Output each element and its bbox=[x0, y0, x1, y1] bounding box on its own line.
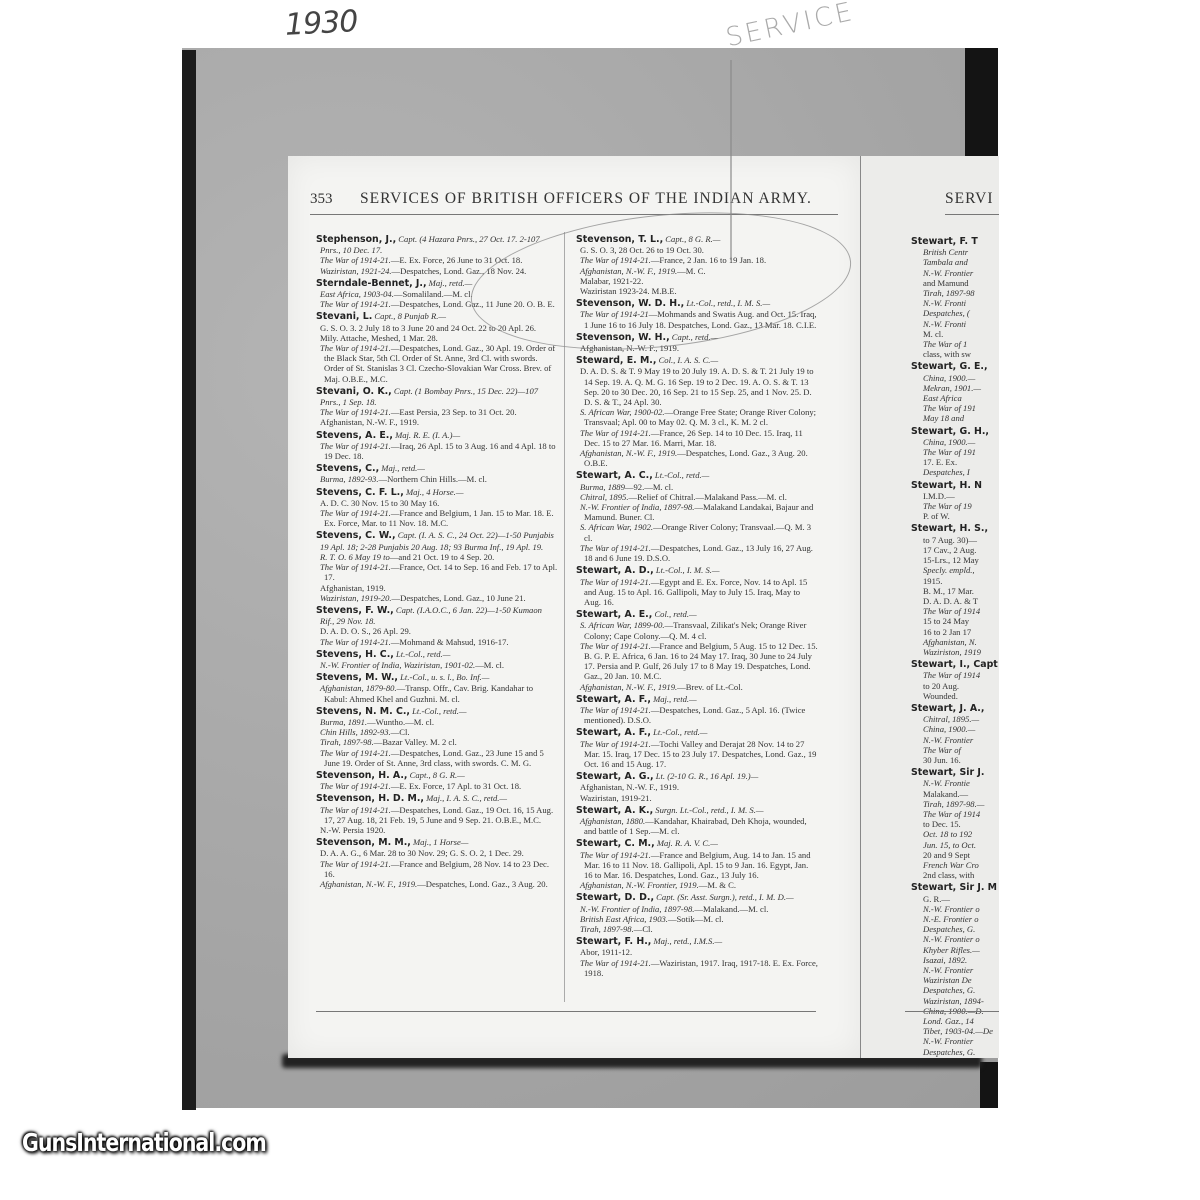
officer-entry: Stewart, A. K., Surgn. Lt.-Col., retd., … bbox=[570, 805, 818, 837]
entry-heading: Stevenson, M. M., Maj., 1 Horse— bbox=[310, 837, 558, 848]
next-page-line: G. R.— bbox=[911, 894, 999, 904]
book-edge-right bbox=[965, 48, 998, 156]
entry-heading: Stewart, D. D., Capt. (Sr. Asst. Surgn.)… bbox=[570, 892, 818, 903]
next-page-line: Stewart, I., Capt bbox=[911, 660, 999, 670]
entry-heading: Stevenson, H. A., Capt., 8 G. R.— bbox=[310, 770, 558, 781]
next-page-line: N.-W. Frontier bbox=[911, 965, 999, 975]
officer-entry: Stewart, A. F., Lt.-Col., retd.—The War … bbox=[570, 727, 818, 769]
officer-entry: Stevens, C. W., Capt. (I. A. S. C., 24 O… bbox=[310, 530, 558, 602]
next-page-line: Stewart, F. T bbox=[911, 237, 999, 247]
next-page-line: 1915. bbox=[911, 576, 999, 586]
officer-rank: Maj. R. E. (I. A.)— bbox=[393, 430, 460, 440]
watermark-logo: GunsInternational.com bbox=[22, 1128, 266, 1157]
service-record-line: Afghanistan, N.-W. F., 1919. bbox=[570, 782, 818, 792]
entry-heading: Stevens, M. W., Lt.-Col., u. s. l., Bo. … bbox=[310, 672, 558, 683]
entry-heading: Stewart, A. G., Lt. (2-10 G. R., 16 Apl.… bbox=[570, 771, 818, 782]
next-page-line: Tirah, 1897-98 bbox=[911, 288, 999, 298]
officer-entry: Stevens, C. F. L., Maj., 4 Horse.—A. D. … bbox=[310, 487, 558, 529]
officer-rank: Maj., retd.— bbox=[427, 278, 473, 288]
next-page-line: China, 1900.— bbox=[911, 724, 999, 734]
next-page-line: to 7 Aug. 30)— bbox=[911, 535, 999, 545]
service-record-line: The War of 1914-21.—Tochi Valley and Der… bbox=[570, 739, 818, 770]
officer-entry: Stewart, C. M., Maj. R. A. V. C.—The War… bbox=[570, 838, 818, 890]
service-record-line: S. African War, 1899-00.—Transvaal, Zili… bbox=[570, 620, 818, 640]
service-record-line: Burma, 1891.—Wuntho.—M. cl. bbox=[310, 717, 558, 727]
next-page-line: 15 to 24 May bbox=[911, 616, 999, 626]
officer-name: Stewart, A. C., bbox=[576, 470, 653, 481]
service-record-line: Abor, 1911-12. bbox=[570, 947, 818, 957]
officer-name: Stevani, O. K., bbox=[316, 386, 392, 397]
service-record-line: The War of 1914-21.—Mohmand & Mahsud, 19… bbox=[310, 637, 558, 647]
next-page-line: Stewart, Sir J. bbox=[911, 768, 999, 778]
officer-entry: Steward, E. M., Col., I. A. S. C.—D. A. … bbox=[570, 355, 818, 468]
officer-entry: Stevenson, M. M., Maj., 1 Horse—D. A. A.… bbox=[310, 837, 558, 889]
entry-heading: Stewart, A. F., Maj., retd.— bbox=[570, 694, 818, 705]
officer-rank: Lt.-Col., u. s. l., Bo. Inf.— bbox=[398, 672, 489, 682]
service-record-line: Afghanistan, 1879-80.—Transp. Offr., Cav… bbox=[310, 683, 558, 703]
next-page-line: Chitral, 1895.— bbox=[911, 714, 999, 724]
service-record-line: Burma, 1892-93.—Northern Chin Hills.—M. … bbox=[310, 474, 558, 484]
service-record-line: D. A. D. S. & T. 9 May 19 to 20 July 19.… bbox=[570, 366, 818, 407]
officer-entry: Stewart, A. E., Col., retd.—S. African W… bbox=[570, 609, 818, 692]
service-record-line: The War of 1914-21.—E. Ex. Force, 17 Apl… bbox=[310, 781, 558, 791]
next-page-line: 20 and 9 Sept bbox=[911, 850, 999, 860]
officer-entry: Stevens, M. W., Lt.-Col., u. s. l., Bo. … bbox=[310, 672, 558, 704]
service-record-line: The War of 1914-21.—Despatches, Lond. Ga… bbox=[310, 343, 558, 384]
officer-name: Stewart, A. G., bbox=[576, 771, 654, 782]
service-record-line: D. A. D. O. S., 26 Apl. 29. bbox=[310, 626, 558, 636]
next-page-line: Despatches, G. bbox=[911, 985, 999, 995]
entry-heading: Stevens, H. C., Lt.-Col., retd.— bbox=[310, 649, 558, 660]
officer-name: Stephenson, J., bbox=[316, 234, 396, 245]
next-page-line: 15-Lrs., 12 May bbox=[911, 555, 999, 565]
next-page-line: Mekran, 1901.— bbox=[911, 383, 999, 393]
entry-heading: Stevens, F. W., Capt. (I.A.O.C., 6 Jan. … bbox=[310, 605, 558, 626]
next-page-line: Lond. Gaz., 14 bbox=[911, 1016, 999, 1026]
next-page-line: Stewart, Sir J. M bbox=[911, 883, 999, 893]
officer-rank: Maj. R. A. V. C.— bbox=[655, 838, 718, 848]
next-page-line: The War of 1914 bbox=[911, 809, 999, 819]
officer-name: Stewart, A. D., bbox=[576, 565, 654, 576]
book-edge-left bbox=[182, 50, 196, 1110]
entry-heading: Stewart, A. K., Surgn. Lt.-Col., retd., … bbox=[570, 805, 818, 816]
next-page-line: The War of 1914 bbox=[911, 606, 999, 616]
service-record-line: British East Africa, 1903.—Sotik—M. cl. bbox=[570, 914, 818, 924]
footer-rule bbox=[316, 1011, 816, 1012]
running-title: SERVICES OF BRITISH OFFICERS OF THE INDI… bbox=[360, 190, 812, 208]
officer-rank: Lt.-Col., retd.— bbox=[651, 727, 708, 737]
officer-name: Stewart, A. F., bbox=[576, 727, 651, 738]
service-record-line: The War of 1914-21.—Despatches, Lond. Ga… bbox=[310, 805, 558, 825]
officer-rank: Lt.-Col., I. M. S.— bbox=[654, 565, 720, 575]
officer-name: Stevens, C. W., bbox=[316, 530, 396, 541]
entry-heading: Stevens, C. W., Capt. (I. A. S. C., 24 O… bbox=[310, 530, 558, 551]
next-page-line: Specly. empld., bbox=[911, 565, 999, 575]
next-page-line: Khyber Rifles.— bbox=[911, 945, 999, 955]
entry-heading: Stewart, A. C., Lt.-Col., retd.— bbox=[570, 470, 818, 481]
next-page-line: N.-W. Frontier o bbox=[911, 904, 999, 914]
officer-name: Stevens, A. E., bbox=[316, 430, 393, 441]
next-page-line: and Mamund bbox=[911, 278, 999, 288]
officer-entry: Stevens, C., Maj., retd.—Burma, 1892-93.… bbox=[310, 463, 558, 484]
service-record-line: D. A. A. G., 6 Mar. 28 to 30 Nov. 29; G.… bbox=[310, 848, 558, 858]
officer-entry: Stevenson, H. A., Capt., 8 G. R.—The War… bbox=[310, 770, 558, 791]
service-record-line: The War of 1914-21.—Iraq, 26 Apl. 15 to … bbox=[310, 441, 558, 461]
next-page-line: Malakand.— bbox=[911, 789, 999, 799]
next-page-line: Stewart, H. S., bbox=[911, 524, 999, 534]
next-page-line: Tibet, 1903-04.—De bbox=[911, 1026, 999, 1036]
service-record-line: Waziristan, 1919-20.—Despatches, Lond. G… bbox=[310, 593, 558, 603]
officer-entry: Stewart, F. H., Maj., retd., I.M.S.—Abor… bbox=[570, 936, 818, 978]
next-page-line: 17. E. Ex. bbox=[911, 457, 999, 467]
next-page-footer-rule bbox=[905, 1011, 999, 1012]
service-record-line: The War of 1914-21.—Waziristan, 1917. Ir… bbox=[570, 958, 818, 978]
next-page-line: B. M., 17 Mar. bbox=[911, 586, 999, 596]
next-page-line: class, with sw bbox=[911, 349, 999, 359]
next-page-line: Stewart, J. A., bbox=[911, 704, 999, 714]
entry-heading: Stewart, A. D., Lt.-Col., I. M. S.— bbox=[570, 565, 818, 576]
next-page-line: British Centr bbox=[911, 247, 999, 257]
next-page-line: Waziriston, 1919 bbox=[911, 647, 999, 657]
officer-name: Stewart, C. M., bbox=[576, 838, 655, 849]
officer-rank: Capt. (Sr. Asst. Surgn.), retd., I. M. D… bbox=[654, 892, 794, 902]
service-record-line: Burma, 1889—92.—M. cl. bbox=[570, 482, 818, 492]
next-page-line: Isazai, 1892. bbox=[911, 955, 999, 965]
service-record-line: The War of 1914-21.—East Persia, 23 Sep.… bbox=[310, 407, 558, 417]
service-record-line: The War of 1914-21.—France and Belgium, … bbox=[570, 850, 818, 881]
entry-heading: Stevens, C. F. L., Maj., 4 Horse.— bbox=[310, 487, 558, 498]
next-page-line: Despatches, I bbox=[911, 467, 999, 477]
service-record-line: R. T. O. 6 May 19 to—and 21 Oct. 19 to 4… bbox=[310, 552, 558, 562]
service-record-line: N.-W. Frontier of India, 1897-98.—Malaka… bbox=[570, 502, 818, 522]
next-page-line: N.-W. Frontier bbox=[911, 268, 999, 278]
service-record-line: S. African War, 1902.—Orange River Colon… bbox=[570, 522, 818, 542]
officer-rank: Maj., retd., I.M.S.— bbox=[651, 936, 722, 946]
next-page-line: N.-W. Frontie bbox=[911, 778, 999, 788]
service-record-line: Afghanistan, N.-W. F., 1919.—Despatches,… bbox=[570, 448, 818, 468]
next-page-running-title: SERVI bbox=[945, 190, 994, 208]
service-record-line: Tirah, 1897-98.—Cl. bbox=[570, 924, 818, 934]
officer-name: Stevenson, M. M., bbox=[316, 837, 411, 848]
next-page-line: N.-W. Frontier bbox=[911, 735, 999, 745]
officer-rank: Maj., I. A. S. C., retd.— bbox=[424, 793, 507, 803]
officer-rank: Lt.-Col., retd.— bbox=[653, 470, 710, 480]
next-page-line: M. cl. bbox=[911, 329, 999, 339]
next-page-line: East Africa bbox=[911, 393, 999, 403]
officer-rank: Col., I. A. S. C.— bbox=[656, 355, 718, 365]
officer-name: Steward, E. M., bbox=[576, 355, 656, 366]
service-record-line: The War of 1914-21.—France, Oct. 14 to S… bbox=[310, 562, 558, 582]
officer-name: Stewart, D. D., bbox=[576, 892, 654, 903]
officer-rank: Surgn. Lt.-Col., retd., I. M. S.— bbox=[653, 805, 763, 815]
next-page-line: French War Cro bbox=[911, 860, 999, 870]
next-page-line: Wounded. bbox=[911, 691, 999, 701]
next-page-line: P. of W. bbox=[911, 511, 999, 521]
service-record-line: Tirah, 1897-98.—Bazar Valley. M. 2 cl. bbox=[310, 737, 558, 747]
officer-rank: Maj., 1 Horse— bbox=[411, 837, 469, 847]
officer-rank: Lt.-Col., retd.— bbox=[394, 649, 451, 659]
next-page-line: Tirah, 1897-98.— bbox=[911, 799, 999, 809]
officer-entry: Stevens, N. M. C., Lt.-Col., retd.—Burma… bbox=[310, 706, 558, 768]
officer-name: Stewart, A. E., bbox=[576, 609, 652, 620]
next-page-line: May 18 and bbox=[911, 413, 999, 423]
service-record-line: Afghanistan, N.-W. Frontier, 1919.—M. & … bbox=[570, 880, 818, 890]
entry-heading: Stevenson, H. D. M., Maj., I. A. S. C., … bbox=[310, 793, 558, 804]
service-record-line: Afghanistan, N.-W. F., 1919.—Despatches,… bbox=[310, 879, 558, 889]
officer-name: Sterndale-Bennet, J., bbox=[316, 278, 427, 289]
next-page-line: Despatches, ( bbox=[911, 308, 999, 318]
next-page-line: N.-W. Fronti bbox=[911, 298, 999, 308]
next-page-line: to Dec. 15. bbox=[911, 819, 999, 829]
next-page-line: Stewart, G. E., bbox=[911, 362, 999, 372]
next-page-line: 16 to 2 Jan 17 bbox=[911, 627, 999, 637]
service-record-line: Waziristan, 1919-21. bbox=[570, 793, 818, 803]
next-page-line: Jun. 15, to Oct. bbox=[911, 840, 999, 850]
handwritten-service-note: SERVICE bbox=[723, 0, 857, 53]
entry-heading: Steward, E. M., Col., I. A. S. C.— bbox=[570, 355, 818, 366]
officer-rank: Lt.-Col., retd.— bbox=[410, 706, 467, 716]
officer-entry: Stevens, F. W., Capt. (I.A.O.C., 6 Jan. … bbox=[310, 605, 558, 647]
page-number: 353 bbox=[310, 191, 360, 208]
officer-rank: Maj., 4 Horse.— bbox=[404, 487, 464, 497]
service-record-line: The War of 1914-21.—Despatches, Lond. Ga… bbox=[310, 748, 558, 768]
next-page-line: The War of 191 bbox=[911, 447, 999, 457]
officer-name: Stevens, N. M. C., bbox=[316, 706, 410, 717]
officer-rank: Maj., retd.— bbox=[379, 463, 425, 473]
next-page-line: I.M.D.— bbox=[911, 491, 999, 501]
running-header: 353 SERVICES OF BRITISH OFFICERS OF THE … bbox=[310, 190, 840, 208]
service-record-line: Afghanistan, 1919. bbox=[310, 583, 558, 593]
officer-rank: Capt., 8 G. R.— bbox=[407, 770, 464, 780]
service-record-line: N.-W. Frontier of India, Waziristan, 190… bbox=[310, 660, 558, 670]
officer-entry: Stewart, A. D., Lt.-Col., I. M. S.—The W… bbox=[570, 565, 818, 607]
next-page-line: N.-W. Fronti bbox=[911, 319, 999, 329]
officer-name: Stevens, C., bbox=[316, 463, 379, 474]
next-page-line: 30 Jun. 16. bbox=[911, 755, 999, 765]
officer-rank: Maj., retd.— bbox=[651, 694, 697, 704]
officer-name: Stewart, A. F., bbox=[576, 694, 651, 705]
next-page-line: Waziristan, 1894- bbox=[911, 996, 999, 1006]
next-page-line: 17 Cav., 2 Aug. bbox=[911, 545, 999, 555]
entry-heading: Stewart, A. F., Lt.-Col., retd.— bbox=[570, 727, 818, 738]
officer-rank: Capt., 8 Punjab R.— bbox=[372, 311, 446, 321]
next-page-line: The War of 19 bbox=[911, 501, 999, 511]
officer-entry: Stevens, H. C., Lt.-Col., retd.—N.-W. Fr… bbox=[310, 649, 558, 670]
next-page-line: to 20 Aug. bbox=[911, 681, 999, 691]
officer-name: Stevens, M. W., bbox=[316, 672, 398, 683]
next-page-line: The War of bbox=[911, 745, 999, 755]
next-page-line: N.-E. Frontier o bbox=[911, 914, 999, 924]
book-page-next: SERVI Stewart, F. TBritish CentrTambala … bbox=[860, 156, 999, 1058]
entry-heading: Stevens, N. M. C., Lt.-Col., retd.— bbox=[310, 706, 558, 717]
service-record-line: Afghanistan, N.-W. F., 1919. bbox=[310, 417, 558, 427]
next-page-header-rule bbox=[945, 214, 999, 215]
officer-name: Stevens, F. W., bbox=[316, 605, 394, 616]
officer-name: Stewart, F. H., bbox=[576, 936, 651, 947]
next-page-line: China, 1900.— bbox=[911, 373, 999, 383]
next-page-line: The War of 1 bbox=[911, 339, 999, 349]
column-divider bbox=[564, 232, 565, 1002]
officer-name: Stevens, C. F. L., bbox=[316, 487, 404, 498]
officer-entry: Stevenson, H. D. M., Maj., I. A. S. C., … bbox=[310, 793, 558, 835]
next-page-line: China, 1900.— bbox=[911, 437, 999, 447]
next-page-line: Despatches, G. bbox=[911, 1047, 999, 1057]
next-page-line: King. M. cl. bbox=[911, 1057, 999, 1058]
officer-entry: Stevens, A. E., Maj. R. E. (I. A.)—The W… bbox=[310, 430, 558, 462]
book-edge-right-bottom bbox=[980, 1062, 998, 1108]
next-page-line: Stewart, H. N bbox=[911, 481, 999, 491]
service-record-line: The War of 1914-21.—France and Belgium, … bbox=[570, 641, 818, 682]
officer-entry: Stewart, A. C., Lt.-Col., retd.—Burma, 1… bbox=[570, 470, 818, 563]
service-record-line: The War of 1914-21.—Despatches, Lond. Ga… bbox=[570, 705, 818, 725]
next-page-line: The War of 191 bbox=[911, 403, 999, 413]
entry-heading: Stewart, A. E., Col., retd.— bbox=[570, 609, 818, 620]
service-record-line: A. D. C. 30 Nov. 15 to 30 May 16. bbox=[310, 498, 558, 508]
officer-rank: Col., retd.— bbox=[652, 609, 696, 619]
next-page-column: Stewart, F. TBritish CentrTambala andN.-… bbox=[911, 234, 999, 1058]
next-page-line: D. A. D. A. & T bbox=[911, 596, 999, 606]
next-page-line: N.-W. Frontier o bbox=[911, 934, 999, 944]
entry-heading: Stewart, C. M., Maj. R. A. V. C.— bbox=[570, 838, 818, 849]
next-page-line: Afghanistan, N. bbox=[911, 637, 999, 647]
service-record-line: The War of 1914-21.—Despatches, Lond. Ga… bbox=[570, 543, 818, 563]
officer-name: Stevenson, H. A., bbox=[316, 770, 407, 781]
entry-heading: Stewart, F. H., Maj., retd., I.M.S.— bbox=[570, 936, 818, 947]
officer-rank: Lt. (2-10 G. R., 16 Apl. 19.)— bbox=[654, 771, 759, 781]
next-page-line: Stewart, G. H., bbox=[911, 427, 999, 437]
entry-heading: Stevens, C., Maj., retd.— bbox=[310, 463, 558, 474]
next-page-line: Tambala and bbox=[911, 257, 999, 267]
entry-heading: Stevens, A. E., Maj. R. E. (I. A.)— bbox=[310, 430, 558, 441]
service-record-line: Afghanistan, 1880.—Kandahar, Khairabad, … bbox=[570, 816, 818, 836]
officer-entry: Stevani, O. K., Capt. (1 Bombay Pnrs., 1… bbox=[310, 386, 558, 428]
service-record-line: Chin Hills, 1892-93.—Cl. bbox=[310, 727, 558, 737]
officer-entry: Stewart, A. F., Maj., retd.—The War of 1… bbox=[570, 694, 818, 726]
next-page-line: The War of 1914 bbox=[911, 670, 999, 680]
next-page-line: 2nd class, with bbox=[911, 870, 999, 880]
service-record-line: S. African War, 1900-02.—Orange Free Sta… bbox=[570, 407, 818, 427]
officer-name: Stevenson, H. D. M., bbox=[316, 793, 424, 804]
pencil-arrow-annotation bbox=[730, 60, 732, 260]
service-record-line: Afghanistan, N.-W. F., 1919.—Brev. of Lt… bbox=[570, 682, 818, 692]
next-page-line: Oct. 18 to 192 bbox=[911, 829, 999, 839]
next-page-line: N.-W. Frontier bbox=[911, 1036, 999, 1046]
officer-name: Stewart, A. K., bbox=[576, 805, 653, 816]
next-page-line: Waziristan De bbox=[911, 975, 999, 985]
service-record-line: N.-W. Frontier of India, 1897-98.—Malaka… bbox=[570, 904, 818, 914]
entry-heading: Stevani, O. K., Capt. (1 Bombay Pnrs., 1… bbox=[310, 386, 558, 407]
handwritten-year: 1930 bbox=[284, 4, 358, 43]
service-record-line: The War of 1914-21.—Egypt and E. Ex. For… bbox=[570, 577, 818, 608]
service-record-line: The War of 1914-21.—France and Belgium, … bbox=[310, 859, 558, 879]
service-record-line: The War of 1914-21.—France and Belgium, … bbox=[310, 508, 558, 528]
service-record-line: N.-W. Persia 1920. bbox=[310, 825, 558, 835]
service-record-line: The War of 1914-21.—France, 26 Sep. 14 t… bbox=[570, 428, 818, 448]
officer-entry: Stewart, A. G., Lt. (2-10 G. R., 16 Apl.… bbox=[570, 771, 818, 803]
officer-name: Stevani, L. bbox=[316, 311, 372, 322]
officer-entry: Stewart, D. D., Capt. (Sr. Asst. Surgn.)… bbox=[570, 892, 818, 934]
officer-name: Stevens, H. C., bbox=[316, 649, 394, 660]
next-page-line: Despatches, G. bbox=[911, 924, 999, 934]
service-record-line: Chitral, 1895.—Relief of Chitral.—Malaka… bbox=[570, 492, 818, 502]
